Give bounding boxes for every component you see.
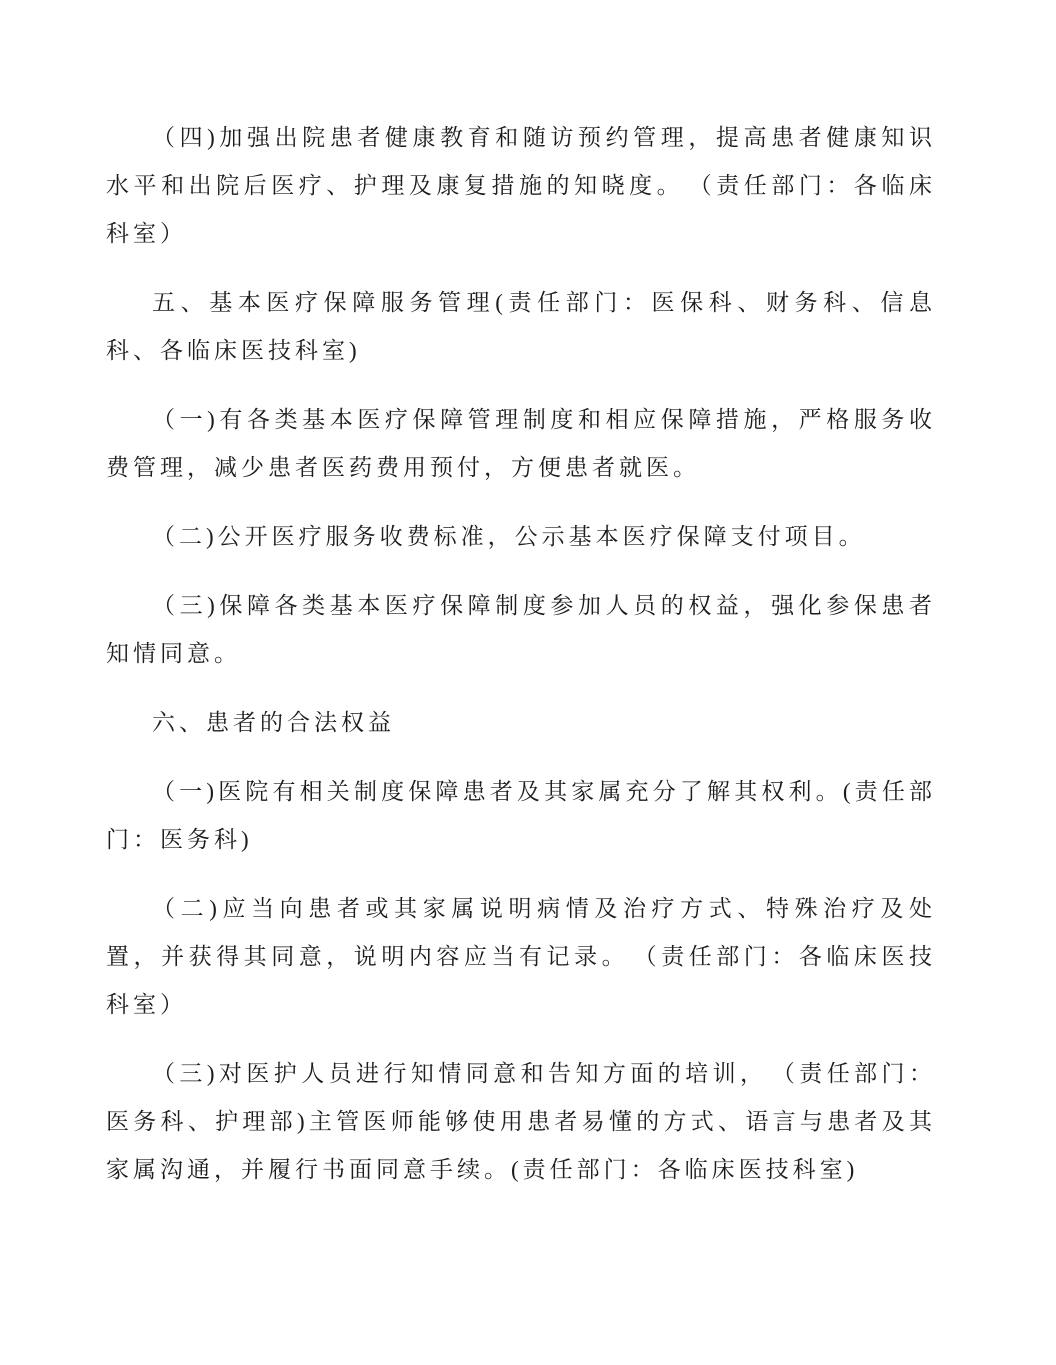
section-heading-6-patient-rights: 六、患者的合法权益	[106, 699, 936, 747]
paragraph-5-item-3-insured-rights: （三)保障各类基本医疗保障制度参加人员的权益，强化参保患者知情同意。	[106, 582, 936, 678]
document-body: （四)加强出院患者健康教育和随访预约管理，提高患者健康知识水平和出院后医疗、护理…	[106, 114, 936, 1194]
section-heading-5-basic-medical-insurance: 五、基本医疗保障服务管理(责任部门：医保科、财务科、信息科、各临床医技科室)	[106, 279, 936, 375]
paragraph-5-item-1-insurance-system: （一)有各类基本医疗保障管理制度和相应保障措施，严格服务收费管理，减少患者医药费…	[106, 396, 936, 492]
document-page: （四)加强出院患者健康教育和随访预约管理，提高患者健康知识水平和出院后医疗、护理…	[0, 0, 1056, 1365]
paragraph-6-item-2-informed-consent-record: （二)应当向患者或其家属说明病情及治疗方式、特殊治疗及处置，并获得其同意，说明内…	[106, 885, 936, 1029]
paragraph-5-item-2-fee-standards: （二)公开医疗服务收费标准，公示基本医疗保障支付项目。	[106, 513, 936, 561]
paragraph-6-item-3-consent-training: （三)对医护人员进行知情同意和告知方面的培训， （责任部门：医务科、护理部)主管…	[106, 1050, 936, 1194]
paragraph-6-item-1-rights-awareness: （一)医院有相关制度保障患者及其家属充分了解其权利。(责任部门：医务科)	[106, 768, 936, 864]
paragraph-item-4-discharge-education: （四)加强出院患者健康教育和随访预约管理，提高患者健康知识水平和出院后医疗、护理…	[106, 114, 936, 258]
